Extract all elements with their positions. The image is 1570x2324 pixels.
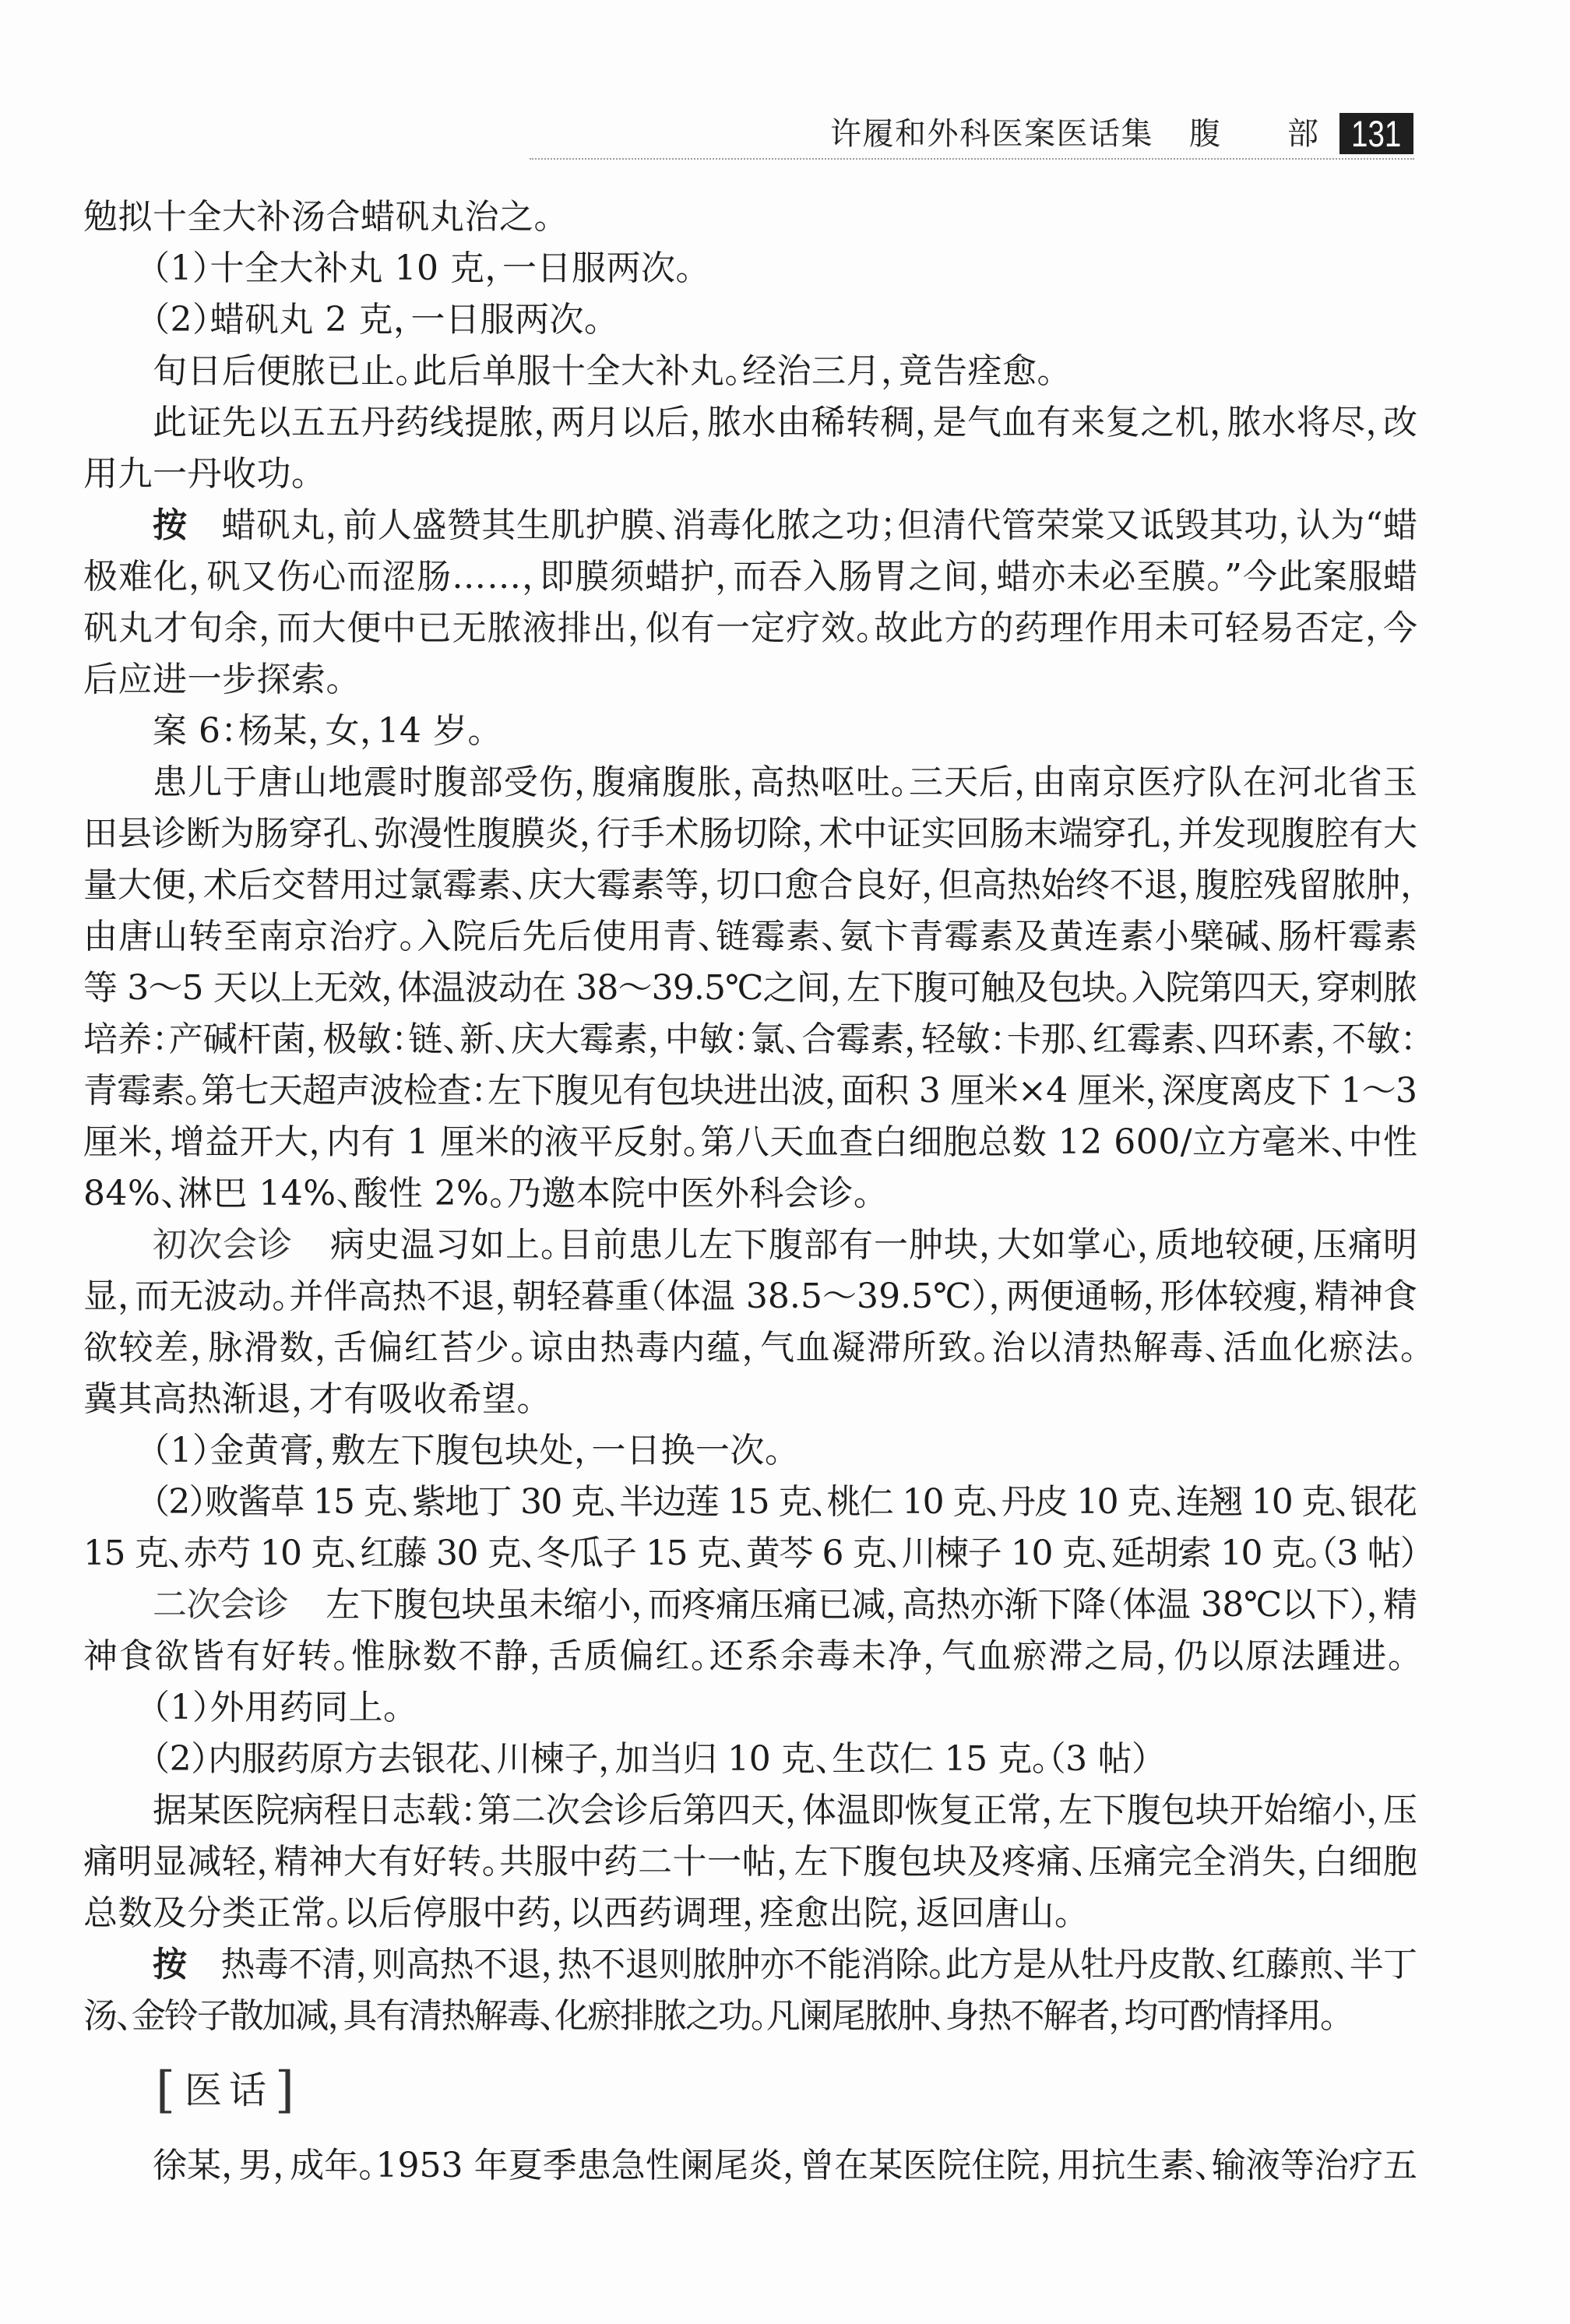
text-line: 勉拟十全大补汤合蜡矾丸治之。 [83, 192, 1417, 243]
text-line: 此证先以五五丹药线提脓，两月以后，脓水由稀转稠，是气血有来复之机，脓水将尽，改 [153, 397, 1417, 449]
text-line: 培养：产碱杆菌，极敏：链、新、庆大霉素，中敏：氯、合霉素，轻敏：卡那、红霉素、四… [83, 1014, 1417, 1065]
text-line: 痛明显减轻，精神大有好转。共服中药二十一帖，左下腹包块及疼痛、压痛完全消失，白细… [83, 1836, 1417, 1888]
running-header-book-title: 许履和外科医案医话集 [830, 114, 1153, 153]
line-text: （1）十全大补丸 10 克，一日服两次。 [153, 248, 693, 288]
text-line: 用九一丹收功。 [83, 449, 1417, 500]
text-line: （2）蜡矾丸 2 克，一日服两次。 [153, 294, 1417, 346]
line-text: 此证先以五五丹药线提脓，两月以后，脓水由稀转稠，是气血有来复之机，脓水将尽，改 [153, 403, 1417, 442]
prescription-line: （1）金黄膏，敷左下腹包块处，一日换一次。 [153, 1425, 1417, 1477]
line-text: 用九一丹收功。 [83, 454, 309, 494]
note-label: 按 [153, 1945, 186, 1984]
text-line: 等 3～5 天以上无效，体温波动在 38～39.5℃之间，左下腹可触及包块。入院… [83, 963, 1417, 1014]
note-line: 后应进一步探索。 [83, 654, 1417, 706]
book-page: 许履和外科医案医话集 腹部 131 勉拟十全大补汤合蜡矾丸治之。 （1）十全大补… [0, 0, 1570, 2324]
line-text: 患儿于唐山地震时腹部受伤，腹痛腹胀，高热呕吐。三天后，由南京医疗队在河北省玉 [153, 762, 1418, 802]
text-line: 据某医院病程日志载：第二次会诊后第四天，体温即恢复正常，左下腹包块开始缩小，压 [153, 1785, 1417, 1836]
line-text: 神食欲皆有好转。惟脉数不静，舌质偏红。还系余毒未净，气血瘀滞之局，仍以原法踵进。 [83, 1636, 1406, 1676]
text-line: 青霉素。第七天超声波检查：左下腹见有包块进出波，面积 3 厘米×4 厘米，深度离… [83, 1065, 1417, 1117]
prescription-line: 15 克、赤芍 10 克、红藤 30 克、冬瓜子 15 克、黄芩 6 克、川楝子… [83, 1528, 1417, 1579]
section-heading: [医话] [156, 2062, 294, 2118]
text-line: 厘米，增益开大，内有 1 厘米的液平反射。第八天血查白细胞总数 12 600/立… [83, 1117, 1417, 1168]
line-text: 田县诊断为肠穿孔、弥漫性腹膜炎，行手术肠切除，术中证实回肠末端穿孔，并发现腹腔有… [83, 814, 1417, 854]
line-text: 冀其高热渐退，才有吸收希望。 [83, 1379, 534, 1419]
prescription-line: （2）内服药原方去银花、川楝子，加当归 10 克、生苡仁 15 克。（3 帖） [153, 1734, 1417, 1785]
line-text: （1）外用药同上。 [153, 1688, 401, 1727]
text-line: 旬日后便脓已止。此后单服十全大补丸。经治三月，竟告痊愈。 [153, 346, 1417, 397]
line-text: 徐某，男，成年。1953 年夏季患急性阑尾炎，曾在某医院住院，用抗生素、输液等治… [153, 2146, 1417, 2185]
line-text: 极难化，矾又伤心而涩肠……，即膜须蜡护，而吞入肠胃之间，蜡亦未必至膜。”今此案服… [83, 557, 1418, 597]
text-line: 患儿于唐山地震时腹部受伤，腹痛腹胀，高热呕吐。三天后，由南京医疗队在河北省玉 [153, 757, 1417, 808]
note-line: 矾丸才旬余，而大便中已无脓液排出，似有一定疗效。故此方的药理作用未可轻易否定，今 [83, 603, 1417, 654]
line-text: 15 克、赤芍 10 克、红藤 30 克、冬瓜子 15 克、黄芩 6 克、川楝子… [83, 1533, 1417, 1573]
line-text: 厘米，增益开大，内有 1 厘米的液平反射。第八天血查白细胞总数 12 600/立… [83, 1122, 1418, 1162]
line-text: 蜡矾丸，前人盛赞其生肌护膜、消毒化脓之功；但清代管荣棠又诋毁其功，认为“蜡 [221, 505, 1417, 545]
text-line: 总数及分类正常。以后停服中药，以西药调理，痊愈出院，返回唐山。 [83, 1888, 1417, 1939]
line-text: （2）败酱草 15 克、紫地丁 30 克、半边莲 15 克、桃仁 10 克、丹皮… [153, 1482, 1416, 1522]
line-text: 量大便，术后交替用过氯霉素、庆大霉素等，切口愈合良好，但高热始终不退，腹腔残留脓… [83, 865, 1417, 905]
line-text: 等 3～5 天以上无效，体温波动在 38～39.5℃之间，左下腹可触及包块。入院… [83, 968, 1417, 1008]
line-text: 汤、金铃子散加减，具有清热解毒、化瘀排脓之功。凡阑尾脓肿、身热不解者，均可酌情择… [83, 1996, 1336, 2036]
line-text: 84%、淋巴 14%、酸性 2%。乃邀本院中医外科会诊。 [83, 1174, 871, 1213]
line-text: 勉拟十全大补汤合蜡矾丸治之。 [83, 197, 551, 237]
text-line: 初次会诊病史温习如上。目前患儿左下腹部有一肿块，大如掌心，质地较硬，压痛明 [153, 1220, 1417, 1271]
text-line: 二次会诊左下腹包块虽未缩小，而疼痛压痛已减，高热亦渐下降（体温 38℃以下），精 [153, 1579, 1417, 1631]
text-line: 由唐山转至南京治疗。入院后先后使用青、链霉素、氨卞青霉素及黄连素小檗碱、肠杆霉素 [83, 911, 1417, 963]
line-text: 培养：产碱杆菌，极敏：链、新、庆大霉素，中敏：氯、合霉素，轻敏：卡那、红霉素、四… [83, 1019, 1417, 1059]
case-title: 案 6：杨某，女，14 岁。 [153, 711, 485, 751]
text-line: 神食欲皆有好转。惟脉数不静，舌质偏红。还系余毒未净，气血瘀滞之局，仍以原法踵进。 [83, 1631, 1417, 1682]
consultation-label: 二次会诊 [153, 1585, 288, 1625]
line-text: 热毒不清，则高热不退，热不退则脓肿亦不能消除。此方是从牡丹皮散、红藤煎、半丁 [220, 1945, 1417, 1984]
note-line: 极难化，矾又伤心而涩肠……，即膜须蜡护，而吞入肠胃之间，蜡亦未必至膜。”今此案服… [83, 551, 1417, 603]
text-line: 欲较差，脉滑数，舌偏红苔少。谅由热毒内蕴，气血凝滞所致。治以清热解毒、活血化瘀法… [83, 1322, 1417, 1374]
line-text: 显，而无波动。并伴高热不退，朝轻暮重（体温 38.5～39.5℃），两便通畅，形… [83, 1276, 1417, 1316]
consultation-label: 初次会诊 [153, 1225, 293, 1265]
text-line: 冀其高热渐退，才有吸收希望。 [83, 1374, 1417, 1425]
text-line: （1）十全大补丸 10 克，一日服两次。 [153, 243, 1417, 294]
line-text: 旬日后便脓已止。此后单服十全大补丸。经治三月，竟告痊愈。 [153, 351, 1054, 391]
section-heading-title: 医话 [185, 2069, 273, 2112]
note-label: 按 [153, 505, 187, 545]
line-text: （1）金黄膏，敷左下腹包块处，一日换一次。 [153, 1431, 783, 1470]
prescription-line: （2）败酱草 15 克、紫地丁 30 克、半边莲 15 克、桃仁 10 克、丹皮… [153, 1477, 1417, 1528]
line-text: 矾丸才旬余，而大便中已无脓液排出，似有一定疗效。故此方的药理作用未可轻易否定，今 [83, 608, 1418, 648]
note-line: 按热毒不清，则高热不退，热不退则脓肿亦不能消除。此方是从牡丹皮散、红藤煎、半丁 [153, 1939, 1417, 1991]
text-line: 84%、淋巴 14%、酸性 2%。乃邀本院中医外科会诊。 [83, 1168, 1417, 1220]
line-text: 痛明显减轻，精神大有好转。共服中药二十一帖，左下腹包块及疼痛、压痛完全消失，白细… [83, 1842, 1417, 1882]
line-text: 病史温习如上。目前患儿左下腹部有一肿块，大如掌心，质地较硬，压痛明 [330, 1225, 1418, 1265]
text-line: 徐某，男，成年。1953 年夏季患急性阑尾炎，曾在某医院住院，用抗生素、输液等治… [153, 2140, 1417, 2192]
line-text: （2）蜡矾丸 2 克，一日服两次。 [153, 300, 601, 340]
heading-bracket-open: [ [156, 2062, 175, 2119]
note-line: 按蜡矾丸，前人盛赞其生肌护膜、消毒化脓之功；但清代管荣棠又诋毁其功，认为“蜡 [153, 500, 1417, 551]
header-rule [530, 158, 1414, 160]
note-line: 汤、金铃子散加减，具有清热解毒、化瘀排脓之功。凡阑尾脓肿、身热不解者，均可酌情择… [83, 1991, 1417, 2042]
line-text: （2）内服药原方去银花、川楝子，加当归 10 克、生苡仁 15 克。（3 帖） [153, 1739, 1149, 1779]
line-text: 左下腹包块虽未缩小，而疼痛压痛已减，高热亦渐下降（体温 38℃以下），精 [326, 1585, 1417, 1625]
page-number: 131 [1351, 113, 1401, 154]
line-text: 据某医院病程日志载：第二次会诊后第四天，体温即恢复正常，左下腹包块开始缩小，压 [153, 1791, 1417, 1830]
line-text: 总数及分类正常。以后停服中药，以西药调理，痊愈出院，返回唐山。 [83, 1893, 1072, 1933]
text-line: 量大便，术后交替用过氯霉素、庆大霉素等，切口愈合良好，但高热始终不退，腹腔残留脓… [83, 860, 1417, 911]
line-text: 由唐山转至南京治疗。入院后先后使用青、链霉素、氨卞青霉素及黄连素小檗碱、肠杆霉素 [83, 917, 1418, 956]
text-line: 田县诊断为肠穿孔、弥漫性腹膜炎，行手术肠切除，术中证实回肠末端穿孔，并发现腹腔有… [83, 808, 1417, 860]
line-text: 青霉素。第七天超声波检查：左下腹见有包块进出波，面积 3 厘米×4 厘米，深度离… [83, 1071, 1417, 1111]
page-number-badge: 131 [1339, 113, 1413, 154]
line-text: 后应进一步探索。 [83, 660, 343, 699]
case-title-line: 案 6：杨某，女，14 岁。 [153, 706, 1417, 757]
prescription-line: （1）外用药同上。 [153, 1682, 1417, 1734]
heading-bracket-close: ] [275, 2062, 294, 2119]
line-text: 欲较差，脉滑数，舌偏红苔少。谅由热毒内蕴，气血凝滞所致。治以清热解毒、活血化瘀法… [83, 1328, 1419, 1368]
text-line: 显，而无波动。并伴高热不退，朝轻暮重（体温 38.5～39.5℃），两便通畅，形… [83, 1271, 1417, 1322]
